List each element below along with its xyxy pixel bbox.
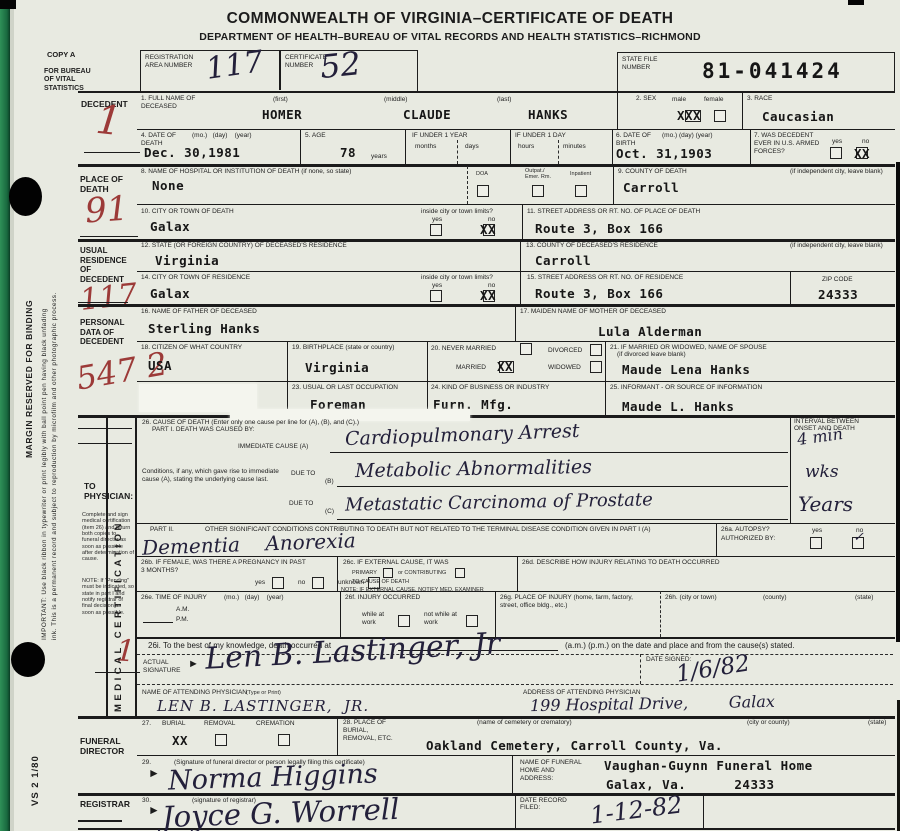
physician-note-2: NOTE: If "Pending" must be indicated, so… bbox=[82, 578, 134, 616]
grid-rule bbox=[703, 793, 704, 828]
state-file-label: STATE FILE NUMBER bbox=[622, 56, 677, 72]
pregnancy-yes-checkbox bbox=[272, 577, 284, 589]
occupation-label: 23. USUAL OR LAST OCCUPATION bbox=[292, 384, 417, 392]
grid-rule bbox=[137, 637, 895, 639]
grid-rule-dashed bbox=[660, 591, 661, 637]
grid-rule bbox=[106, 417, 108, 716]
middle-sublabel: (middle) bbox=[384, 96, 407, 104]
sidebar-medical-certification: MEDICAL CERTIFICATION bbox=[113, 520, 124, 712]
grid-rule bbox=[517, 556, 518, 591]
doa-checkbox bbox=[477, 185, 489, 197]
hole-punch bbox=[9, 177, 42, 216]
date-of-death-value: Dec. 30,1981 bbox=[144, 145, 240, 160]
race-value: Caucasian bbox=[762, 109, 834, 124]
time-blank-rule bbox=[143, 622, 173, 623]
limits-yes-checkbox bbox=[430, 290, 442, 302]
funeral-home-label: NAME OF FUNERAL HOME AND ADDRESS: bbox=[520, 759, 582, 782]
green-binding-edge bbox=[0, 0, 10, 831]
county-residence-label: 13. COUNTY OF DECEASED'S RESIDENCE bbox=[526, 242, 658, 250]
spouse-note: (if divorced leave blank) bbox=[617, 351, 686, 359]
injury-occurred-label: 26f. INJURY OCCURRED bbox=[345, 594, 420, 602]
while-at-work-checkbox bbox=[398, 615, 410, 627]
arrow-icon: ► bbox=[148, 766, 160, 780]
limits-no-mark: XX bbox=[480, 288, 496, 303]
city-limits-label: inside city or town limits? bbox=[421, 274, 516, 282]
funeral-director-signature: Norma Higgins bbox=[168, 758, 379, 796]
grid-rule bbox=[605, 341, 606, 415]
date-of-birth-value: Oct. 31,1903 bbox=[616, 146, 712, 161]
grid-rule bbox=[137, 341, 895, 342]
interval-b-value: wks bbox=[805, 462, 839, 482]
authorized-by-label: AUTHORIZED BY: bbox=[721, 535, 775, 543]
father-label: 16. NAME OF FATHER OF DECEASED bbox=[141, 308, 257, 316]
scan-edge-mark bbox=[10, 0, 14, 831]
place-of-burial-value: Oakland Cemetery, Carroll County, Va. bbox=[426, 738, 723, 753]
months-sublabel: months bbox=[415, 143, 436, 151]
ledger-rule bbox=[78, 820, 122, 822]
injury-state-label: (state) bbox=[855, 594, 873, 602]
grid-rule bbox=[287, 341, 288, 415]
spouse-value: Maude Lena Hanks bbox=[622, 362, 750, 377]
scan-right-edge bbox=[896, 162, 900, 642]
date-filed-value: 1-12-82 bbox=[589, 790, 684, 829]
no-sublabel: no bbox=[298, 579, 305, 587]
cause-a-rule bbox=[330, 452, 788, 453]
autopsy-label: 26a. AUTOPSY? bbox=[721, 526, 770, 534]
grid-rule bbox=[78, 164, 895, 167]
conditions-note: Conditions, if any, which gave rise to i… bbox=[142, 468, 280, 484]
time-of-injury-sublabel: (mo.) (day) (year) bbox=[224, 594, 284, 602]
full-name-label: 1. FULL NAME OF DECEASED bbox=[141, 95, 203, 111]
grid-rule bbox=[137, 204, 895, 205]
date-of-birth-sublabel: (mo.) (day) (year) bbox=[662, 132, 713, 140]
ledger-rule bbox=[78, 428, 132, 429]
cremation-sublabel: CREMATION bbox=[256, 720, 295, 728]
describe-injury-label: 26d. DESCRIBE HOW INJURY RELATING TO DEA… bbox=[522, 559, 720, 567]
street-residence-value: Route 3, Box 166 bbox=[535, 286, 663, 301]
outpatient-sublabel: Outpat./ Emer. Rm. bbox=[525, 168, 555, 181]
under-1-day-label: IF UNDER 1 DAY bbox=[515, 132, 566, 140]
first-sublabel: (first) bbox=[273, 96, 288, 104]
external-cause-label: 26c. IF EXTERNAL CAUSE, IT WAS bbox=[343, 559, 513, 567]
zip-label: ZIP CODE bbox=[822, 276, 853, 284]
widowed-checkbox bbox=[590, 361, 602, 373]
ledger-rule bbox=[80, 236, 138, 237]
grid-rule bbox=[510, 129, 511, 164]
immediate-cause-label: IMMEDIATE CAUSE (A) bbox=[238, 443, 338, 451]
yes-sublabel: yes bbox=[812, 527, 822, 535]
pm-sublabel: P.M. bbox=[176, 616, 189, 624]
primary-sublabel: PRIMARY bbox=[352, 570, 377, 576]
city-residence-label: 14. CITY OR TOWN OF RESIDENCE bbox=[141, 274, 250, 282]
hole-punch bbox=[11, 642, 45, 677]
birthplace-value: Virginia bbox=[305, 360, 369, 375]
grid-rule bbox=[78, 91, 895, 93]
actual-signature-label-2: SIGNATURE bbox=[143, 667, 180, 675]
grid-rule bbox=[515, 304, 516, 341]
business-label: 24. KIND OF BUSINESS OR INDUSTRY bbox=[431, 384, 581, 392]
cause-b-value: Metabolic Abnormalities bbox=[355, 456, 592, 482]
due-to-b-label: DUE TO bbox=[291, 470, 315, 478]
pregnancy-label: 26b. IF FEMALE, WAS THERE A PREGNANCY IN… bbox=[141, 559, 311, 575]
grid-rule bbox=[340, 591, 341, 637]
female-sublabel: female bbox=[704, 96, 724, 104]
grid-rule bbox=[742, 91, 743, 129]
grid-rule bbox=[716, 523, 717, 556]
page-subtitle: DEPARTMENT OF HEALTH–BUREAU OF VITAL REC… bbox=[0, 31, 900, 43]
copy-label: COPY A bbox=[47, 50, 75, 59]
death-certificate-page: MARGIN RESERVED FOR BINDING IMPORTANT: U… bbox=[0, 0, 900, 831]
male-sublabel: male bbox=[672, 96, 686, 104]
county-of-death-note: (if independent city, leave blank) bbox=[790, 168, 883, 176]
arrow-icon: ► bbox=[148, 803, 160, 817]
physician-note-1: Complete and sign medical certification … bbox=[82, 512, 134, 563]
grid-rule bbox=[750, 129, 751, 164]
outpatient-checkbox bbox=[532, 185, 544, 197]
state-residence-value: Virginia bbox=[155, 253, 219, 268]
attending-physician-note: (Type or Print) bbox=[246, 690, 281, 696]
grid-rule bbox=[137, 755, 895, 756]
last-name-value: HANKS bbox=[528, 107, 568, 122]
grid-rule bbox=[137, 591, 895, 592]
grid-rule bbox=[137, 556, 895, 557]
grid-rule bbox=[137, 523, 895, 524]
physician-address-value: 199 Hospital Drive, Galax bbox=[530, 692, 775, 715]
funeral-home-address: Galax, Va. 24333 bbox=[606, 777, 775, 792]
never-married-checkbox bbox=[520, 343, 532, 355]
city-residence-value: Galax bbox=[150, 286, 190, 301]
age-label: 5. AGE bbox=[305, 132, 326, 140]
grid-rule bbox=[522, 204, 523, 239]
hours-sublabel: hours bbox=[518, 143, 534, 151]
certificate-number-value: 52 bbox=[318, 44, 362, 86]
cause-c-rule bbox=[337, 519, 788, 520]
injury-city-label: 26h. (city or town) bbox=[665, 594, 717, 602]
hospital-value: None bbox=[152, 178, 184, 193]
cause-c-value: Metastatic Carcinoma of Prostate bbox=[345, 489, 653, 515]
grid-rule bbox=[137, 271, 895, 272]
inpatient-checkbox bbox=[575, 185, 587, 197]
dashed-rule bbox=[137, 684, 893, 685]
ledger-rule bbox=[78, 302, 128, 303]
grid-rule bbox=[520, 271, 521, 304]
date-of-death-sublabel: (mo.) (day) (year) bbox=[192, 132, 252, 140]
citizen-value: USA bbox=[148, 358, 172, 373]
yes-sublabel: yes bbox=[255, 579, 265, 587]
mother-value: Lula Alderman bbox=[598, 324, 702, 339]
ledger-rule bbox=[84, 152, 140, 153]
part1-label: PART I. DEATH WAS CAUSED BY: bbox=[152, 426, 272, 434]
birthplace-label: 19. BIRTHPLACE (state or country) bbox=[292, 344, 412, 352]
grid-rule bbox=[135, 417, 137, 716]
form-number: VS 2 1/80 bbox=[30, 755, 41, 806]
not-while-at-work-checkbox bbox=[466, 615, 478, 627]
yes-sublabel: yes bbox=[832, 138, 842, 146]
city-of-death-value: Galax bbox=[150, 219, 190, 234]
county-residence-value: Carroll bbox=[535, 253, 591, 268]
street-residence-label: 15. STREET ADDRESS OR RT. NO. OF RESIDEN… bbox=[527, 274, 683, 282]
grid-rule bbox=[512, 755, 513, 793]
years-sublabel: years bbox=[371, 153, 387, 161]
funeral-home-name: Vaughan-Guynn Funeral Home bbox=[604, 758, 813, 773]
injury-county-label: (county) bbox=[763, 594, 786, 602]
whiteout-patch bbox=[139, 384, 257, 412]
grid-rule bbox=[337, 716, 338, 755]
cemetery-sublabel: (name of cemetery or crematory) bbox=[477, 719, 572, 727]
grid-rule bbox=[300, 129, 301, 164]
informant-label: 25. INFORMANT - OR SOURCE OF INFORMATION bbox=[610, 384, 762, 392]
state-sublabel: (state) bbox=[868, 719, 886, 727]
sex-label: 2. SEX bbox=[636, 95, 656, 103]
female-checkbox bbox=[714, 110, 726, 122]
county-of-death-label: 9. COUNTY OF DEATH bbox=[618, 168, 687, 176]
doa-sublabel: DOA bbox=[476, 171, 488, 177]
ledger-number: 91 bbox=[84, 189, 130, 232]
under-1-year-label: IF UNDER 1 YEAR bbox=[412, 132, 468, 140]
c-sublabel: (C) bbox=[325, 508, 334, 516]
father-value: Sterling Hanks bbox=[148, 321, 260, 336]
widowed-label: WIDOWED bbox=[548, 364, 581, 372]
scan-corner-mark bbox=[848, 0, 864, 5]
married-mark: XX bbox=[497, 359, 513, 374]
removal-sublabel: REMOVAL bbox=[204, 720, 235, 728]
place-of-injury-label: 26g. PLACE OF INJURY (home, farm, factor… bbox=[500, 594, 640, 610]
copy-for-label: FOR BUREAU OF VITAL STATISTICS bbox=[44, 68, 102, 93]
margin-important-line2: ink. This is a permanent record and subj… bbox=[51, 292, 58, 640]
ledger-number: 117 bbox=[78, 277, 139, 318]
disposition-number-label: 27. bbox=[142, 720, 151, 728]
certify-statement-post: (a.m.) (p.m.) on the date and place and … bbox=[565, 641, 794, 651]
dashed-rule bbox=[640, 654, 641, 684]
yes-sublabel: yes bbox=[432, 216, 442, 224]
armed-forces-no-mark: XX bbox=[854, 146, 870, 161]
autopsy-no-checkmark: ✓ bbox=[853, 530, 864, 545]
married-label: MARRIED bbox=[456, 364, 486, 372]
to-cause-sublabel: TO CAUSE OF DEATH bbox=[352, 579, 409, 585]
grid-rule-dashed bbox=[558, 140, 559, 164]
zip-value: 24333 bbox=[818, 287, 858, 302]
hospital-label: 8. NAME OF HOSPITAL OR INSTITUTION OF DE… bbox=[141, 168, 471, 176]
grid-rule bbox=[790, 271, 791, 304]
state-residence-label: 12. STATE (OR FOREIGN COUNTRY) OF DECEAS… bbox=[141, 242, 347, 250]
attending-physician-value: LEN B. LASTINGER, JR. bbox=[157, 697, 369, 715]
grid-rule bbox=[78, 304, 895, 307]
grid-rule bbox=[613, 164, 614, 204]
race-label: 3. RACE bbox=[747, 95, 772, 103]
removal-checkbox bbox=[215, 734, 227, 746]
not-while-at-work-sublabel: not while at work bbox=[424, 611, 460, 627]
am-sublabel: A.M. bbox=[176, 606, 189, 614]
pregnancy-no-checkbox bbox=[312, 577, 324, 589]
grid-rule bbox=[78, 415, 895, 418]
grid-rule bbox=[137, 381, 895, 382]
sidebar-personal-data: PERSONAL DATA OF DECEDENT bbox=[80, 318, 130, 347]
external-cause-note: NOTE: IF EXTERNAL CAUSE, NOTIFY MED. EXA… bbox=[341, 587, 484, 593]
primary-checkbox bbox=[383, 568, 393, 578]
county-of-death-value: Carroll bbox=[623, 180, 679, 195]
place-of-burial-label: 28. PLACE OF BURIAL, REMOVAL, ETC. bbox=[343, 719, 403, 742]
inpatient-sublabel: Inpatient bbox=[570, 171, 591, 177]
days-sublabel: days bbox=[465, 143, 479, 151]
margin-important-line1: IMPORTANT: Use black ribbon in typewrite… bbox=[41, 308, 48, 640]
informant-value: Maude L. Hanks bbox=[622, 399, 734, 414]
mother-label: 17. MAIDEN NAME OF MOTHER OF DECEASED bbox=[520, 308, 666, 316]
limits-yes-checkbox bbox=[430, 224, 442, 236]
page-title: COMMONWEALTH OF VIRGINIA–CERTIFICATE OF … bbox=[0, 10, 900, 28]
grid-rule bbox=[137, 129, 895, 130]
grid-rule bbox=[520, 239, 521, 271]
county-residence-note: (if independent city, leave blank) bbox=[790, 242, 883, 250]
b-sublabel: (B) bbox=[325, 478, 334, 486]
contributing-checkbox bbox=[455, 568, 465, 578]
scan-corner-mark bbox=[0, 0, 16, 9]
grid-rule bbox=[612, 129, 613, 164]
grid-rule-dashed bbox=[457, 140, 458, 164]
box-divider bbox=[279, 50, 281, 90]
interval-c-value: Years bbox=[798, 492, 853, 516]
grid-rule bbox=[405, 129, 406, 164]
male-checkbox-mark: XXX bbox=[677, 108, 701, 123]
physician-signature: Len B. Lastinger, Jr bbox=[204, 626, 501, 676]
divorced-checkbox bbox=[590, 344, 602, 356]
minutes-sublabel: minutes bbox=[563, 143, 586, 151]
contributing-sublabel: or CONTRIBUTING bbox=[398, 570, 446, 576]
last-sublabel: (last) bbox=[497, 96, 511, 104]
grid-rule bbox=[427, 341, 428, 415]
registration-area-label: REGISTRATION AREA NUMBER bbox=[145, 54, 203, 70]
burial-sublabel: BURIAL bbox=[162, 720, 185, 728]
sidebar-funeral-director: FUNERAL DIRECTOR bbox=[80, 736, 126, 756]
divorced-label: DIVORCED bbox=[548, 347, 582, 355]
grid-rule bbox=[617, 91, 618, 129]
cause-b-rule bbox=[337, 486, 788, 487]
date-filed-label-2: FILED: bbox=[520, 804, 540, 812]
armed-forces-label: 7. WAS DECEDENT EVER IN U.S. ARMED FORCE… bbox=[754, 132, 826, 155]
street-address-death-value: Route 3, Box 166 bbox=[535, 221, 663, 236]
age-value: 78 bbox=[340, 145, 356, 160]
never-married-label: 20. NEVER MARRIED bbox=[431, 345, 496, 353]
margin-binding-text: MARGIN RESERVED FOR BINDING bbox=[24, 300, 34, 458]
limits-no-mark: XX bbox=[480, 222, 496, 237]
cremation-checkbox bbox=[278, 734, 290, 746]
arrow-icon: ► bbox=[188, 658, 199, 670]
city-of-death-label: 10. CITY OR TOWN OF DEATH bbox=[141, 208, 234, 216]
actual-signature-label-1: ACTUAL bbox=[143, 659, 169, 667]
armed-forces-yes-checkbox bbox=[830, 147, 842, 159]
citizen-label: 18. CITIZEN OF WHAT COUNTRY bbox=[141, 344, 242, 352]
grid-rule bbox=[790, 415, 791, 523]
while-at-work-sublabel: while at work bbox=[362, 611, 390, 627]
burial-mark: XX bbox=[172, 733, 188, 748]
attending-physician-label: NAME OF ATTENDING PHYSICIAN bbox=[142, 689, 247, 697]
ledger-number: 1 bbox=[94, 97, 124, 145]
grid-rule bbox=[515, 793, 516, 828]
due-to-c-label: DUE TO bbox=[289, 500, 313, 508]
state-file-value: 81-041424 bbox=[702, 59, 843, 83]
part2-label: PART II. bbox=[150, 526, 174, 534]
middle-name-value: CLAUDE bbox=[403, 107, 451, 122]
time-of-injury-label: 26e. TIME OF INJURY bbox=[141, 594, 207, 602]
first-name-value: HOMER bbox=[262, 107, 302, 122]
city-county-sublabel: (city or county) bbox=[747, 719, 790, 727]
no-sublabel: no bbox=[862, 138, 869, 146]
yes-sublabel: yes bbox=[432, 282, 442, 290]
ledger-rule bbox=[78, 443, 132, 444]
city-limits-label: inside city or town limits? bbox=[421, 208, 516, 216]
autopsy-yes-checkbox bbox=[810, 537, 822, 549]
sidebar-registrar: REGISTRAR bbox=[80, 799, 130, 809]
street-address-death-label: 11. STREET ADDRESS OR RT. NO. OF PLACE O… bbox=[527, 208, 700, 216]
